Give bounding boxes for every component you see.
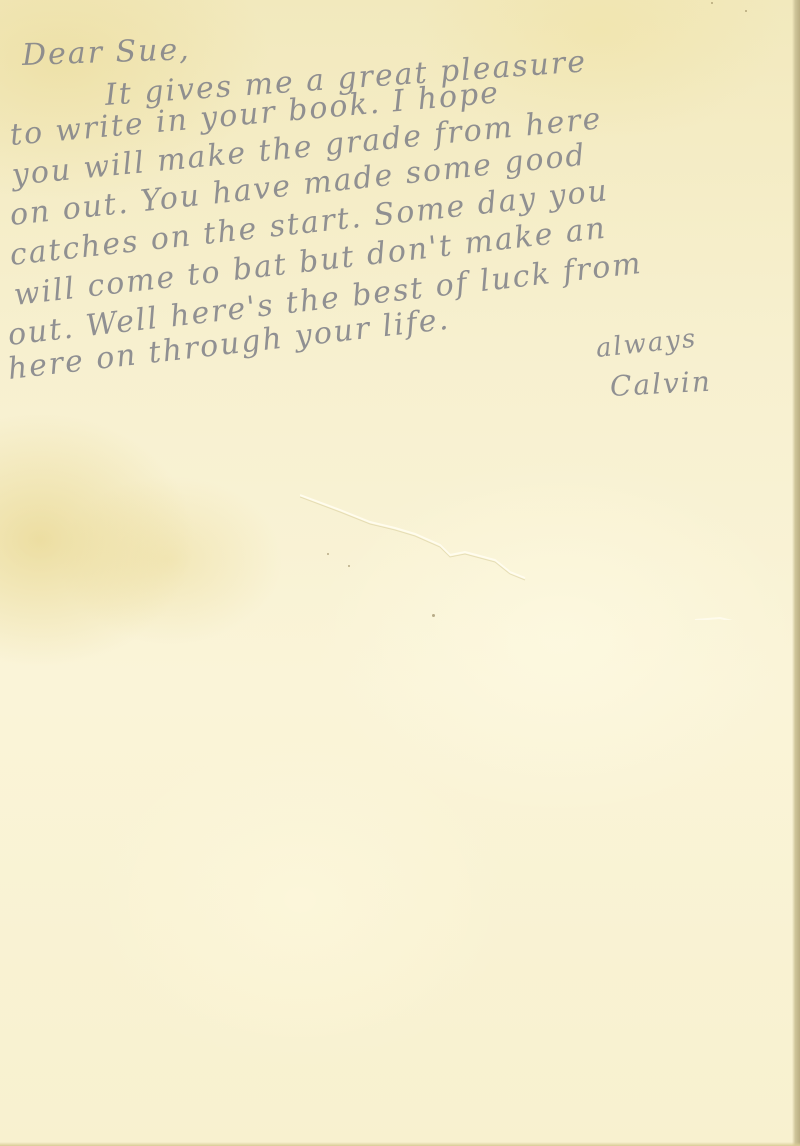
paper-crease bbox=[300, 460, 800, 620]
letter-page: Dear Sue, It gives me a great pleasure t… bbox=[0, 0, 800, 1146]
handwritten-letter: Dear Sue, It gives me a great pleasure t… bbox=[0, 0, 800, 420]
letter-signature: Calvin bbox=[609, 365, 712, 403]
page-right-edge bbox=[792, 0, 800, 1146]
letter-closing: always bbox=[594, 323, 698, 363]
paper-speck bbox=[432, 614, 435, 617]
paper-speck bbox=[327, 553, 329, 555]
paper-speck bbox=[348, 565, 350, 567]
page-bottom-edge bbox=[0, 1142, 800, 1146]
letter-greeting: Dear Sue, bbox=[21, 32, 191, 73]
